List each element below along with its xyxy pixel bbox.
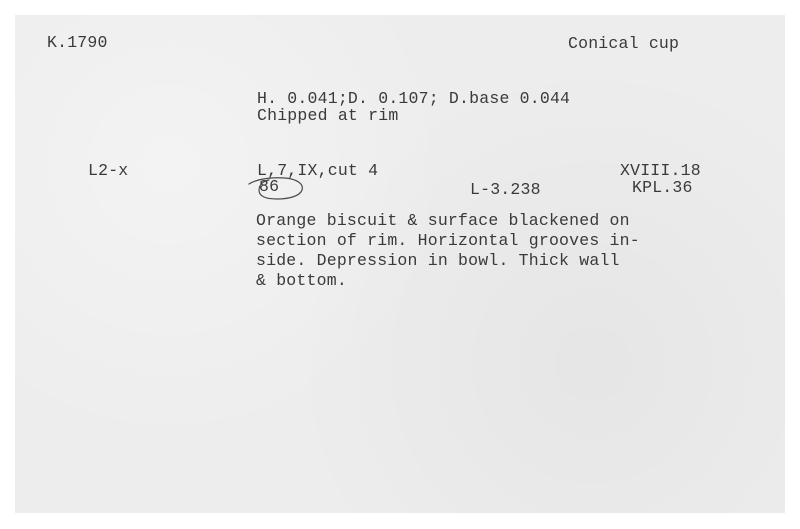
condition-note: Chipped at rim — [257, 107, 398, 124]
description: Orange biscuit & surface blackened on se… — [256, 211, 640, 291]
inventory-reference: L-3.238 — [470, 181, 541, 198]
catalog-number: K.1790 — [47, 34, 108, 51]
circled-number: 86 — [259, 178, 279, 195]
dimensions: H. 0.041;D. 0.107; D.base 0.044 — [257, 90, 570, 107]
locus-code: L2-x — [88, 162, 128, 179]
object-type: Conical cup — [568, 35, 679, 52]
plate-reference: KPL.36 — [632, 179, 693, 196]
catalog-card: K.1790 Conical cup H. 0.041;D. 0.107; D.… — [15, 15, 785, 513]
photo-reference: XVIII.18 — [620, 162, 701, 179]
